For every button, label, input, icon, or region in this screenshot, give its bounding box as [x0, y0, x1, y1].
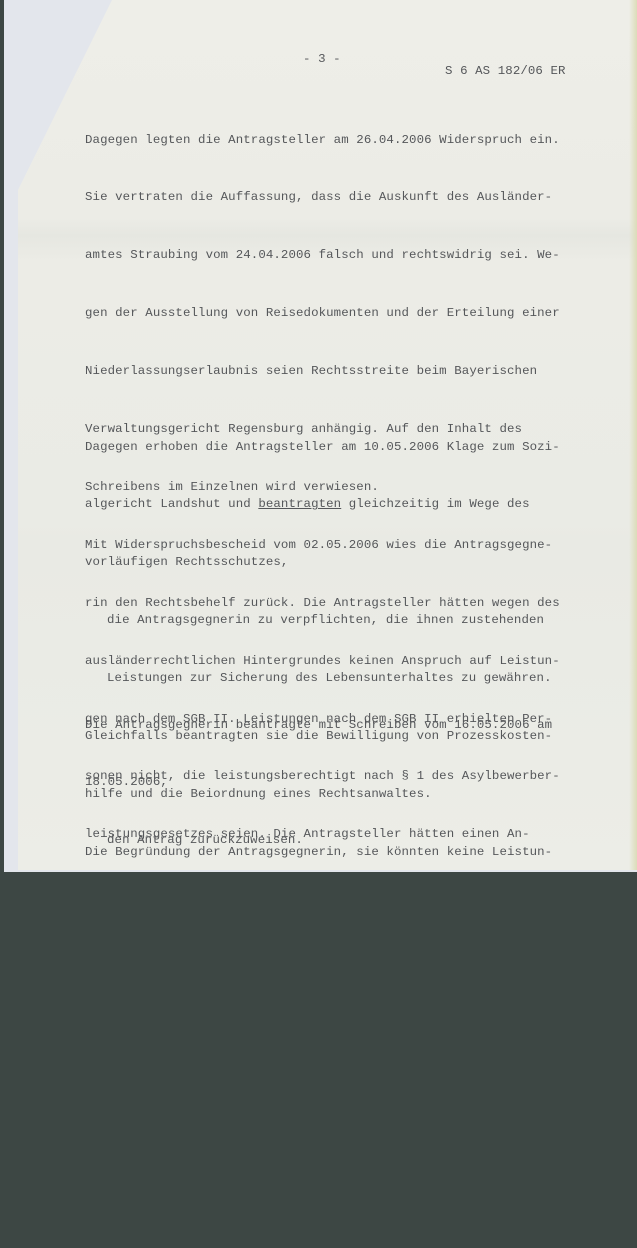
indented-line: den Antrag zurückzuweisen. — [85, 831, 552, 850]
text-line: amtes Straubing vom 24.04.2006 falsch un… — [85, 246, 560, 265]
document-page: - 3 - S 6 AS 182/06 ER Dagegen legten di… — [0, 0, 637, 872]
text-line: Die Antragsgegnerin beantragte mit Schre… — [85, 716, 552, 735]
paragraph-response: Die Antragsgegnerin beantragte mit Schre… — [85, 677, 552, 877]
text-line: 18.05.2006, — [85, 773, 552, 792]
text-line: Sie vertraten die Auffassung, dass die A… — [85, 188, 560, 207]
text-line: Niederlassungserlaubnis seien Rechtsstre… — [85, 362, 560, 381]
text-line: Dagegen erhoben die Antragsteller am 10.… — [85, 438, 560, 457]
case-number: S 6 AS 182/06 ER — [445, 62, 566, 81]
indented-line: die Antragsgegnerin zu verpflichten, die… — [85, 611, 560, 630]
text-line: gen der Ausstellung von Reisedokumenten … — [85, 304, 560, 323]
text-line: algericht Landshut und beantragten gleic… — [85, 495, 560, 514]
page-number: - 3 - — [303, 50, 341, 69]
text-line: vorläufigen Rechtsschutzes, — [85, 553, 560, 572]
text-line: Dagegen legten die Antragsteller am 26.0… — [85, 131, 560, 150]
underlined-word: beantragten — [258, 497, 341, 511]
